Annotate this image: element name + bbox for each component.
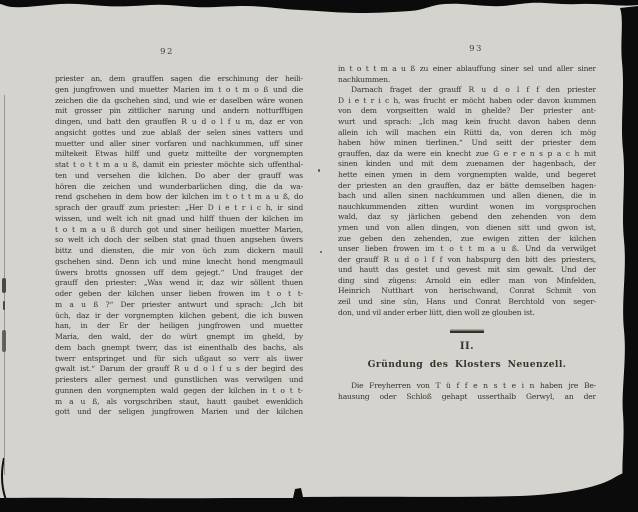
page-number-left: 92: [55, 47, 279, 57]
text-line: in t o t t m a u ß zu einer ablauffung s…: [338, 64, 596, 75]
text-line: Darnach fraget der grauff R u d o l f f …: [338, 85, 596, 96]
text-line: grauffen, daz da were ein knecht zue G e…: [338, 149, 596, 160]
text-line: ymen und von allen dingen, von dienen si…: [338, 223, 596, 234]
text-line: bittz und diensten, die mir von üch zum …: [55, 246, 303, 257]
text-line: ten und versehen die kilchen. Do aber de…: [55, 171, 303, 182]
right-text-block-bottom: Die Freyherren von T ü f f e n s t e i n…: [338, 381, 596, 402]
text-line: zue geben den zehenden, zue ewigen zitte…: [338, 234, 596, 245]
ink-speck: [320, 251, 322, 253]
text-line: wald, daz sy järlichen gebend den zehend…: [338, 212, 596, 223]
text-line: oder geben der kilchen unser lieben frow…: [55, 289, 303, 300]
text-line: priester an, dem grauffen sagen die ersc…: [55, 74, 303, 85]
text-line: muetter und aller siner vorfaren und nac…: [55, 139, 303, 150]
text-line: von dem vorgseitten wald in ghelde? Der …: [338, 106, 596, 117]
page-left: 92 priester an, dem grauffen sagen die e…: [55, 0, 303, 512]
right-text-block-top: in t o t t m a u ß zu einer ablauffung s…: [338, 64, 596, 318]
text-line: Heinrich Nutthart von herischwand, Conra…: [338, 286, 596, 297]
text-line: Die Freyherren von T ü f f e n s t e i n…: [338, 381, 596, 392]
text-line: m a u ß ?“ Der priester antwurt und spra…: [55, 300, 303, 311]
page-right: 93 in t o t t m a u ß zu einer ablauffun…: [338, 0, 596, 512]
text-line: gschehen sind. Denn ich und mine knecht …: [55, 257, 303, 268]
text-line: stat t o t t m a u ß, damit ein priester…: [55, 160, 303, 171]
text-line: haben höw minen tierlinen.“ Und seitt de…: [338, 138, 596, 149]
text-line: unser lieben frowen im t o t t m a u ß. …: [338, 244, 596, 255]
text-line: hausung oder Schloß gehapt usserthalb Ge…: [338, 392, 596, 403]
text-line: sinen kinden und mit dem zuenamen der ha…: [338, 159, 596, 170]
text-line: m a u ß, als vorgschriben staut, hautt g…: [55, 397, 303, 408]
text-line: der priesten an den grauffen, daz er bät…: [338, 181, 596, 192]
section-divider-rule: [450, 331, 484, 333]
text-line: nachkummen.: [338, 75, 596, 86]
text-line: üwers brotts gnossen uff dem gejegt.“ Un…: [55, 268, 303, 279]
text-line: nauchkummenden zitten wurdint wonen im v…: [338, 202, 596, 213]
text-line: mit grosser pin zittlicher narung und an…: [55, 106, 303, 117]
scan-left-blot: [2, 278, 6, 293]
text-line: wissen, und welt ich nit gnad und hilff …: [55, 214, 303, 225]
text-line: t o t m a u ß durch got und siner heilig…: [55, 225, 303, 236]
text-line: D i e t r i c h, was frucht er möcht hab…: [338, 96, 596, 107]
text-line: gott und der seligen jungfrowen Marien u…: [55, 407, 303, 418]
text-line: rend gschehen in dem bow der kilchen im …: [55, 192, 303, 203]
text-line: priesters aller gernest und gunstlichen …: [55, 375, 303, 386]
text-line: dem bach gnempt twerr, das ist einenthal…: [55, 343, 303, 354]
text-line: gwalt ist.“ Darum der grauff R u d o l f…: [55, 364, 303, 375]
text-line: han, in der Er der heiligen jungfrowen u…: [55, 321, 303, 332]
text-line: üch, daz ir der vorgnempten kilchen gebe…: [55, 311, 303, 322]
book-scan: 92 priester an, dem grauffen sagen die e…: [0, 0, 638, 512]
text-line: Maria, den wald, der do würt gnempt im g…: [55, 332, 303, 343]
page-number-right: 93: [356, 44, 596, 54]
scan-left-blot: [3, 301, 5, 310]
text-line: dingen, und batt den grauffen R u d o l …: [55, 117, 303, 128]
text-line: zeil und sine sün, Hans und Conrat Berch…: [338, 297, 596, 308]
text-line: grauff den priester: „Was wend ir, daz w…: [55, 278, 303, 289]
scan-left-blot: [2, 330, 6, 352]
ink-speck: [318, 169, 320, 172]
section-title: Gründung des Klosters Neuenzell.: [338, 359, 596, 370]
text-line: zeichen die da gschehen sind, und wie er…: [55, 96, 303, 107]
text-line: allein ich will machen ein Rütti da, von…: [338, 128, 596, 139]
text-line: gunnen den vorgnempten wald gegen der ki…: [55, 386, 303, 397]
text-line: so welt ich doch der selben stat gnad th…: [55, 235, 303, 246]
scan-edge-right: [616, 0, 638, 512]
text-line: bach und allen sinen nachkummen und alle…: [338, 191, 596, 202]
text-line: wurt und sprach: „Ich mag kein frucht da…: [338, 117, 596, 128]
text-line: hören die zeichen und wunderbarlichen di…: [55, 182, 303, 193]
text-line: der grauff R u d o l f f von habspurg de…: [338, 255, 596, 266]
text-line: angsicht gottes und zue ablaß der selen …: [55, 128, 303, 139]
text-line: hette einen ymen in dem vorgnempten wald…: [338, 170, 596, 181]
text-line: don, und vil ander erber lütt, dien woll…: [338, 308, 596, 319]
text-line: ding sind zügens: Arnold ein edler man v…: [338, 276, 596, 287]
text-line: miltekeit Etwas hilff und guetz mitteilt…: [55, 149, 303, 160]
text-line: sprach der grauff zum priester: „Her D i…: [55, 203, 303, 214]
text-line: gen jungfrowen und muetter Marien im t o…: [55, 85, 303, 96]
text-line: twerr entspringet und für sich ußgaut so…: [55, 354, 303, 365]
section-numeral: II.: [338, 341, 596, 352]
left-text-block: priester an, dem grauffen sagen die ersc…: [55, 74, 303, 418]
text-line: und hautt das gestet und gevest mit sim …: [338, 265, 596, 276]
